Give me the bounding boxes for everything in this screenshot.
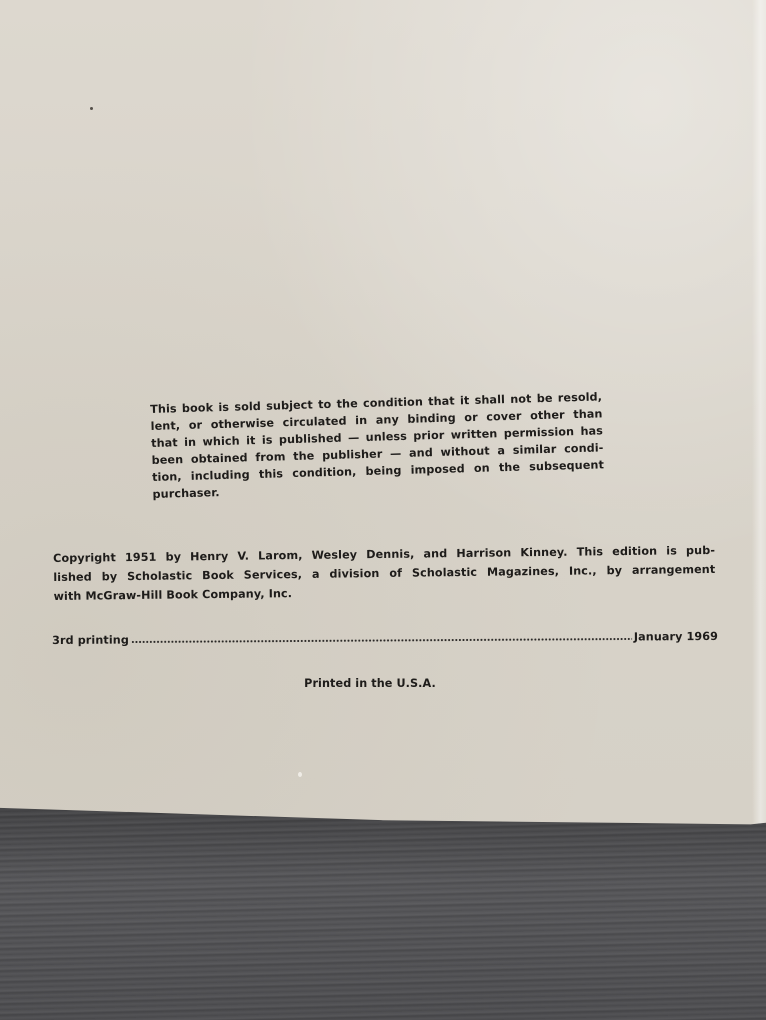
resale-notice: This book is sold subject to the conditi… bbox=[150, 389, 605, 504]
printing-date: January 1969 bbox=[634, 629, 718, 646]
dot-leader bbox=[131, 627, 632, 644]
paper-speck bbox=[90, 107, 93, 110]
copyright-statement: Copyright 1951 by Henry V. Larom, Wesley… bbox=[53, 543, 716, 608]
book-page: This book is sold subject to the conditi… bbox=[0, 0, 766, 826]
printing-label: 3rd printing bbox=[52, 633, 129, 650]
paper-mark bbox=[298, 772, 302, 777]
printing-line: 3rd printing January 1969 bbox=[52, 626, 718, 650]
wooden-table-background bbox=[0, 790, 766, 1020]
printed-in-usa: Printed in the U.S.A. bbox=[0, 676, 740, 693]
